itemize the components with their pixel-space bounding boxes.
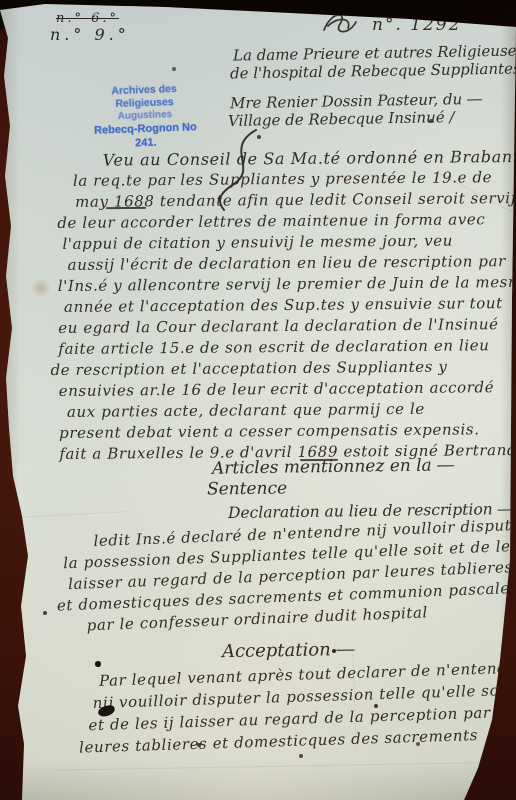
manuscript-paper: n.° 6.° n.° 9.° n°. 1292 La dame Prieure… bbox=[0, 0, 516, 800]
stamp-line-3: Rebecq-Rognon No 241. bbox=[84, 120, 207, 152]
archive-number-crossed: n.° 6.° bbox=[56, 11, 119, 26]
decree-paragraph: Veu au Conseil de Sa Ma.té ordonné en Br… bbox=[57, 146, 516, 465]
crease-middle-left bbox=[18, 511, 128, 519]
acceptation-paragraph: Par lequel venant après tout declarer de… bbox=[69, 657, 508, 759]
manuscript-photo: n.° 6.° n.° 9.° n°. 1292 La dame Prieure… bbox=[0, 0, 516, 800]
archive-number-current: n.° 9.° bbox=[50, 25, 130, 44]
heading-articles-line1: Articles mentionnez en la ― bbox=[212, 455, 454, 478]
heading-acceptation: Acceptation ― bbox=[222, 639, 355, 662]
margin-mark-lower: 6. bbox=[3, 690, 16, 706]
heading-parties-line2: de l'hospital de Rebecque Suppliantes bbox=[230, 59, 516, 82]
declaration-paragraph: ledit Ins.é declaré de n'entendre nij vo… bbox=[54, 515, 506, 637]
heading-articles-line2: Sentence bbox=[207, 478, 287, 499]
crease-bottom bbox=[55, 762, 485, 772]
ink-underline-1688 bbox=[106, 207, 146, 209]
decree-line: ensuivies ar.le 16 de leur ecrit d'accep… bbox=[59, 377, 515, 402]
margin-mark-upper: is. bbox=[4, 558, 19, 573]
archive-stamp: Archives des Religieuses Augustines Rebe… bbox=[83, 82, 207, 152]
